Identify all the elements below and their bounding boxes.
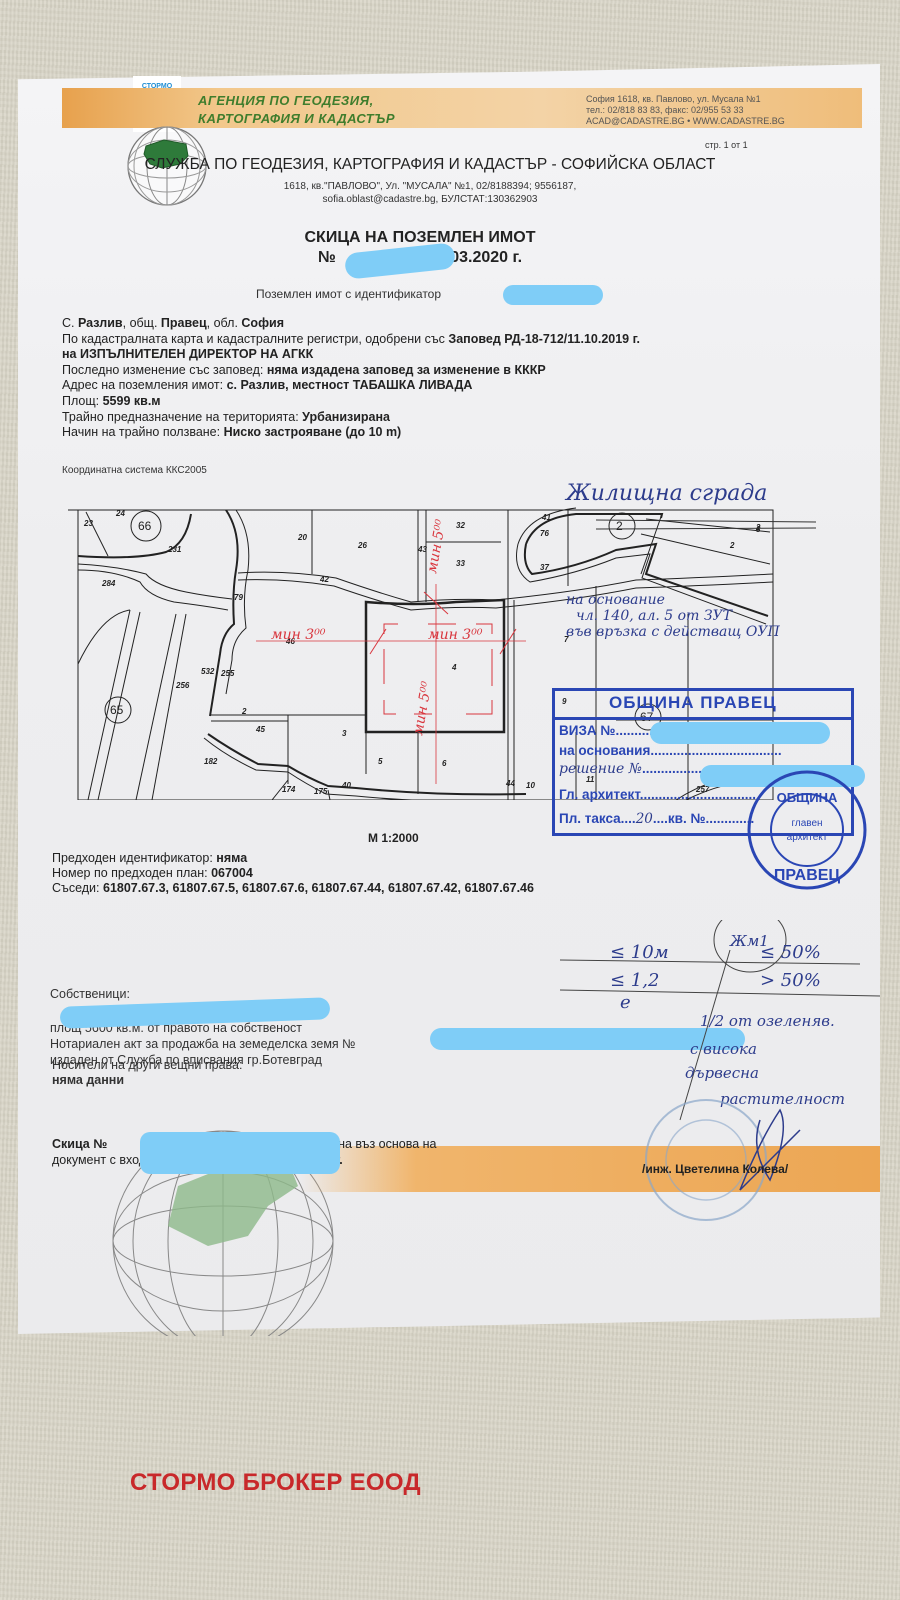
parcel-label: 5 — [378, 757, 383, 766]
circled-block-number: 66 — [138, 519, 152, 533]
svg-text:с висока: с висока — [690, 1040, 757, 1058]
svg-text:главен: главен — [791, 818, 822, 829]
parcel-label: 3 — [342, 729, 347, 738]
circled-block-number: 2 — [616, 519, 623, 533]
parcel-label: 255 — [220, 669, 235, 678]
parcel-label: 37 — [540, 563, 549, 572]
svg-text:мин 3⁰⁰: мин 3⁰⁰ — [428, 627, 483, 643]
parcel-label: 32 — [456, 521, 465, 530]
parcel-label: 2 — [241, 707, 247, 716]
parcel-label: 2 — [729, 541, 735, 550]
svg-text:мин 5⁰⁰: мин 5⁰⁰ — [424, 518, 449, 575]
map-scale: М 1:2000 — [368, 831, 419, 845]
parcel-label: 24 — [115, 509, 125, 518]
parcel-label: 41 — [541, 513, 551, 522]
svg-text:на основание: на основание — [566, 592, 665, 608]
parcel-label: 79 — [234, 593, 243, 602]
parcel-label: 76 — [540, 529, 549, 538]
parcel-label: 44 — [505, 779, 515, 788]
parcel-label: 532 — [201, 667, 215, 676]
other-rights: Носители на други вещни права: няма данн… — [52, 1030, 242, 1088]
svg-text:≤ 50%: ≤ 50% — [760, 942, 821, 963]
svg-text:архитект: архитект — [787, 832, 828, 843]
svg-text:чл. 140, ал. 5 от ЗУТ: чл. 140, ал. 5 от ЗУТ — [576, 608, 734, 624]
agency-seal-icon — [640, 1090, 810, 1230]
property-details: С. Разлив, общ. Правец, обл. София По ка… — [62, 316, 640, 441]
parcel-label: 42 — [319, 575, 329, 584]
office-address: 1618, кв."ПАВЛОВО", Ул. "МУСАЛА" №1, 02/… — [90, 180, 770, 206]
redacted-visa-number — [650, 722, 830, 744]
parcel-label: 182 — [204, 757, 218, 766]
parcel-label: 43 — [417, 545, 427, 554]
parcel-label: 40 — [341, 781, 351, 790]
parcel-label: 33 — [456, 559, 465, 568]
svg-text:мин 3⁰⁰: мин 3⁰⁰ — [271, 627, 326, 643]
svg-text:във връзка с действащ ОУП: във връзка с действащ ОУП — [566, 624, 780, 640]
parcel-label: 174 — [282, 785, 296, 794]
svg-text:1/2 от озеленяв.: 1/2 от озеленяв. — [700, 1012, 835, 1030]
svg-text:> 50%: > 50% — [760, 970, 821, 991]
parcel-label: 23 — [83, 519, 93, 528]
parcel-label: 256 — [175, 681, 190, 690]
company-watermark: СТОРМО БРОКЕР ЕООД — [130, 1469, 421, 1497]
circled-block-number: 65 — [110, 703, 124, 717]
svg-text:е: е — [620, 992, 631, 1013]
parcel-label: 4 — [451, 663, 457, 672]
svg-text:дървесна: дървесна — [685, 1064, 759, 1082]
previous-identifiers: Предходен идентификатор: няма Номер по п… — [52, 851, 534, 896]
office-title: СЛУЖБА ПО ГЕОДЕЗИЯ, КАРТОГРАФИЯ И КАДАСТ… — [90, 156, 770, 174]
parcel-label: 6 — [442, 759, 447, 768]
parcel-label: 26 — [357, 541, 367, 550]
parcel-label: 20 — [297, 533, 307, 542]
agency-name: АГЕНЦИЯ ПО ГЕОДЕЗИЯ, КАРТОГРАФИЯ И КАДАС… — [198, 92, 395, 128]
round-seal-icon: ОБЩИНА главен архитект ПРАВЕЦ — [742, 768, 872, 892]
svg-text:ОБЩИНА: ОБЩИНА — [777, 790, 838, 805]
svg-text:мин 5⁰⁰: мин 5⁰⁰ — [410, 680, 435, 737]
agency-contact: София 1618, кв. Павлово, ул. Мусала №1 т… — [586, 94, 785, 127]
parcel-label: 231 — [167, 545, 182, 554]
parcel-label: 284 — [101, 579, 116, 588]
parcel-label: 45 — [255, 725, 265, 734]
svg-text:≤ 1,2: ≤ 1,2 — [610, 970, 659, 991]
svg-text:Жилищна сграда: Жилищна сграда — [564, 481, 767, 506]
identifier-label: Поземлен имот с идентификатор — [256, 287, 441, 301]
redacted-sketch-number — [140, 1132, 340, 1174]
page-number: стр. 1 от 1 — [705, 140, 748, 150]
parcel-label: 3 — [756, 525, 761, 534]
parcel-label: 175 — [314, 787, 328, 796]
redacted-identifier — [503, 285, 603, 305]
svg-text:≤ 10м: ≤ 10м — [610, 942, 669, 963]
signer-name: /инж. Цветелина Колева/ — [642, 1162, 788, 1176]
svg-text:ПРАВЕЦ: ПРАВЕЦ — [774, 867, 841, 884]
parcel-label: 10 — [526, 781, 535, 790]
